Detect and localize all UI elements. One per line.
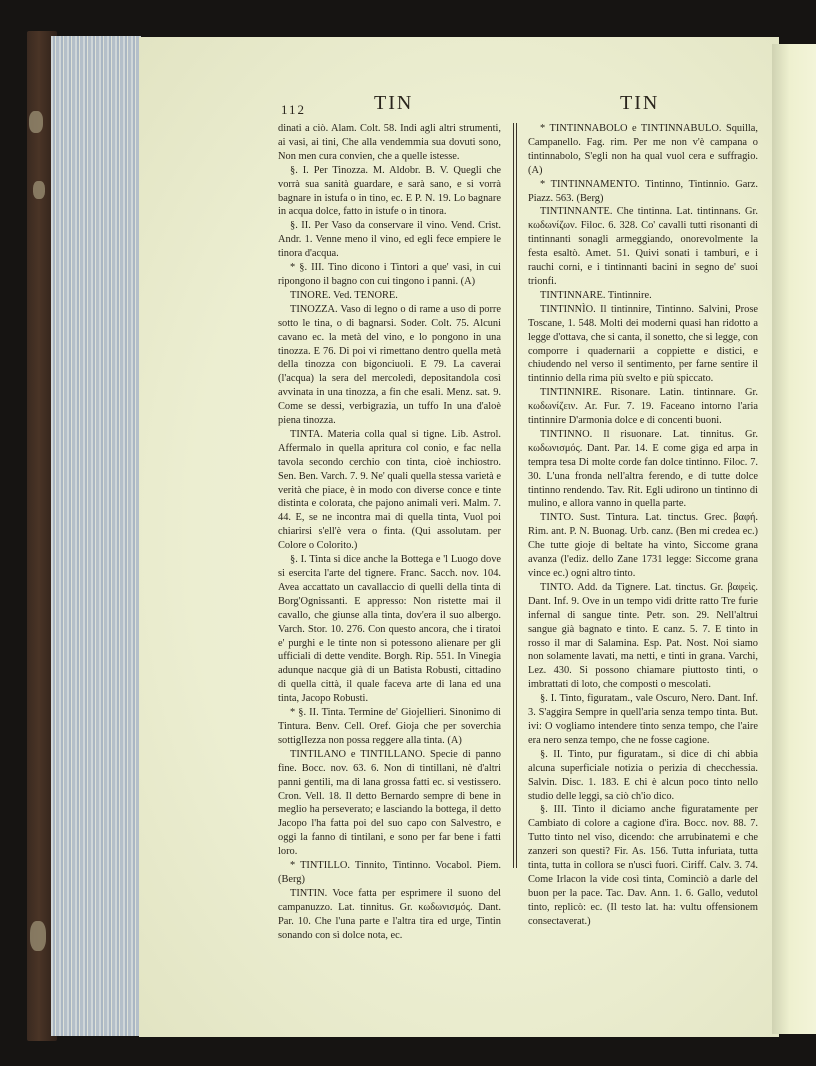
entry-tintinnante: TINTINNANTE. Che tintinna. Lat. tintinna… <box>528 205 758 288</box>
entry-tinto-sense-2: §. II. Tinto, pur figuratam., si dice di… <box>528 748 758 804</box>
running-head-left: TIN <box>374 92 413 115</box>
entry-tinto-sust: TINTO. Sust. Tintura. Lat. tinctus. Grec… <box>528 511 758 581</box>
page-number: 112 <box>281 102 306 118</box>
entry-tinta-sense-1: §. I. Tinta si dice anche la Bottega e '… <box>278 553 501 706</box>
left-column: dinati a ciò. Alam. Colt. 58. Indi agli … <box>278 122 501 942</box>
entry-tintinno: TINTINNO. Il risuonare. Lat. tinnitus. G… <box>528 428 758 511</box>
cover-wear-spot <box>29 111 43 133</box>
entry-tintinnamento: * TINTINNAMENTO. Tintinno, Tintinnio. Ga… <box>528 178 758 206</box>
entry-tintinnare: TINTINNARE. Tintinnire. <box>528 289 758 303</box>
entry-tinto-sense-3: §. III. Tinto il diciamo anche figuratam… <box>528 803 758 928</box>
entry-tintinnire: TINTINNIRE. Risonare. Latin. tintinnare.… <box>528 386 758 428</box>
entry-tintilano: TINTILANO e TINTILLANO. Specie di panno … <box>278 748 501 859</box>
cover-wear-spot <box>30 921 46 951</box>
page-stack-edges <box>51 36 141 1036</box>
entry-tintillo: * TINTILLO. Tinnito, Tintinno. Vocabol. … <box>278 859 501 887</box>
entry-tino-sense-2: §. II. Per Vaso da conservare il vino. V… <box>278 219 501 261</box>
facing-page-edge <box>772 44 816 1034</box>
entry-tino-sense-1: §. I. Per Tinozza. M. Aldobr. B. V. Queg… <box>278 164 501 220</box>
entry-tino-sense-3: * §. III. Tino dicono i Tintori a que' v… <box>278 261 501 289</box>
entry-continuation: dinati a ciò. Alam. Colt. 58. Indi agli … <box>278 122 501 164</box>
entry-tinto-add: TINTO. Add. da Tignere. Lat. tinctus. Gr… <box>528 581 758 692</box>
entry-tinta-sense-2: * §. II. Tinta. Termine de' Giojellieri.… <box>278 706 501 748</box>
entry-tinto-sense-1: §. I. Tinto, figuratam., vale Oscuro, Ne… <box>528 692 758 748</box>
entry-tintinnio: TINTINNÌO. Il tintinnire, Tintinno. Salv… <box>528 303 758 386</box>
entry-tinore: TINORE. Ved. TENORE. <box>278 289 501 303</box>
entry-tintinnabolo: * TINTINNABOLO e TINTINNABULO. Squilla, … <box>528 122 758 178</box>
right-column: * TINTINNABOLO e TINTINNABULO. Squilla, … <box>528 122 758 929</box>
entry-tinta: TINTA. Materia colla qual si tigne. Lib.… <box>278 428 501 553</box>
column-divider <box>513 123 517 868</box>
cover-wear-spot <box>33 181 45 199</box>
entry-tinozza: TINOZZA. Vaso di legno o di rame a uso d… <box>278 303 501 428</box>
entry-tintin: TINTIN. Voce fatta per esprimere il suon… <box>278 887 501 943</box>
running-head-right: TIN <box>620 92 659 115</box>
